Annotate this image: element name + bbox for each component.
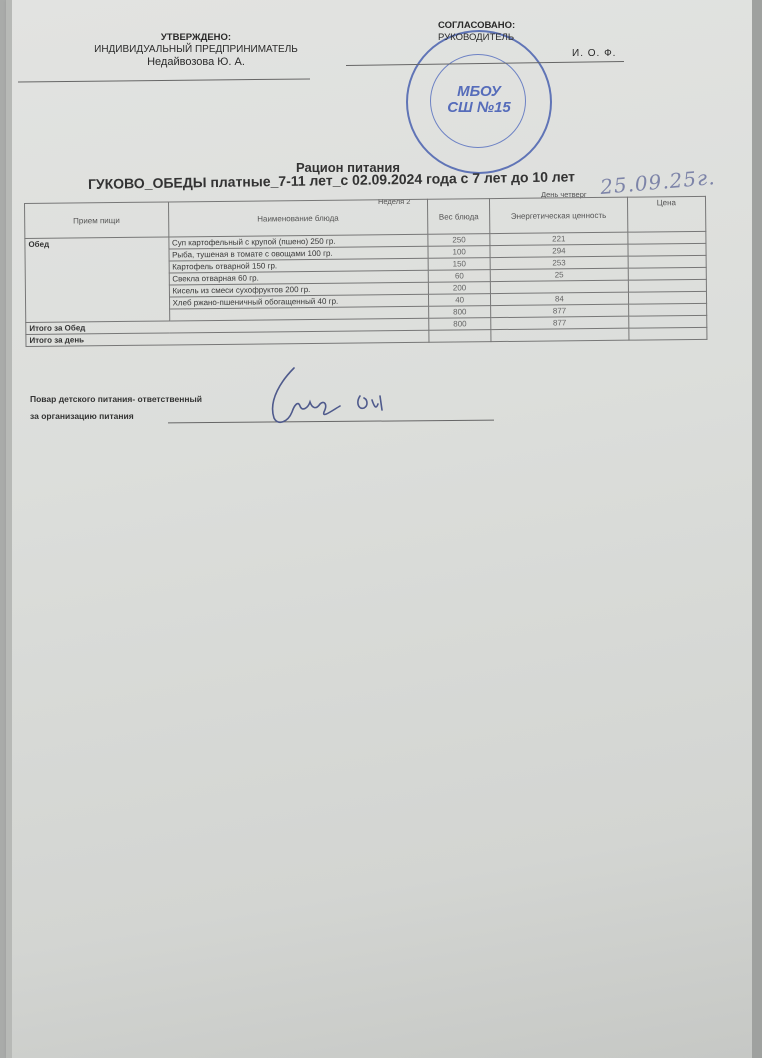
approved-signature-line (18, 78, 310, 82)
meal-cell: Обед (25, 237, 169, 322)
price-cell (628, 255, 707, 268)
approved-block: УТВЕРЖДЕНО: ИНДИВИДУАЛЬНЫЙ ПРЕДПРИНИМАТЕ… (76, 32, 316, 68)
column-header: Вес блюда (428, 199, 490, 235)
weight-cell: 800 (429, 306, 491, 319)
weight-cell: 150 (428, 258, 490, 271)
price-cell (628, 303, 707, 316)
column-header: Прием пищи (25, 202, 169, 239)
price-cell (628, 291, 707, 304)
weight-cell: 60 (428, 270, 490, 283)
total-weight: 800 (429, 318, 491, 331)
approved-label: УТВЕРЖДЕНО: (76, 32, 316, 44)
stamp-text: МБОУ СШ №15 (408, 84, 550, 116)
stamp-line-1: МБОУ (408, 84, 550, 100)
document-subtitle: ГУКОВО_ОБЕДЫ платные_7-11 лет_с 02.09.20… (88, 168, 575, 192)
column-header: Цена (627, 196, 706, 232)
column-header: Энергетическая ценность (490, 197, 628, 233)
total-weight (429, 330, 491, 343)
price-cell (628, 279, 707, 292)
page-edge (6, 0, 12, 1058)
cook-line-1: Повар детского питания- ответственный (30, 391, 202, 408)
total-price (628, 327, 707, 340)
agreed-block: СОГЛАСОВАНО: РУКОВОДИТЕЛЬ (438, 20, 515, 44)
column-header: Наименование блюда (168, 199, 428, 237)
weight-cell: 250 (428, 234, 490, 247)
official-stamp: МБОУ СШ №15 (406, 30, 552, 174)
price-cell (628, 267, 707, 280)
agreed-position: РУКОВОДИТЕЛЬ (438, 32, 515, 44)
approved-position: ИНДИВИДУАЛЬНЫЙ ПРЕДПРИНИМАТЕЛЬ (76, 44, 316, 56)
total-energy (491, 328, 629, 341)
handwritten-date: 25.09.25г. (599, 165, 716, 199)
price-cell (628, 243, 707, 256)
weight-cell: 40 (429, 294, 491, 307)
cook-responsible: Повар детского питания- ответственный за… (30, 391, 202, 425)
approved-name: Недайвозова Ю. А. (76, 56, 316, 68)
handwritten-signature (264, 360, 404, 430)
agreed-label: СОГЛАСОВАНО: (438, 20, 515, 32)
price-cell (627, 231, 706, 244)
stamp-line-2: СШ №15 (408, 100, 550, 116)
weight-cell: 100 (428, 246, 490, 259)
menu-table: Прием пищи Наименование блюда Вес блюда … (24, 196, 707, 347)
background-edge (752, 0, 762, 1058)
agreed-fio: И. О. Ф. (572, 48, 616, 59)
total-price (628, 315, 707, 328)
document-page: УТВЕРЖДЕНО: ИНДИВИДУАЛЬНЫЙ ПРЕДПРИНИМАТЕ… (6, 0, 752, 1058)
weight-cell: 200 (428, 282, 490, 295)
